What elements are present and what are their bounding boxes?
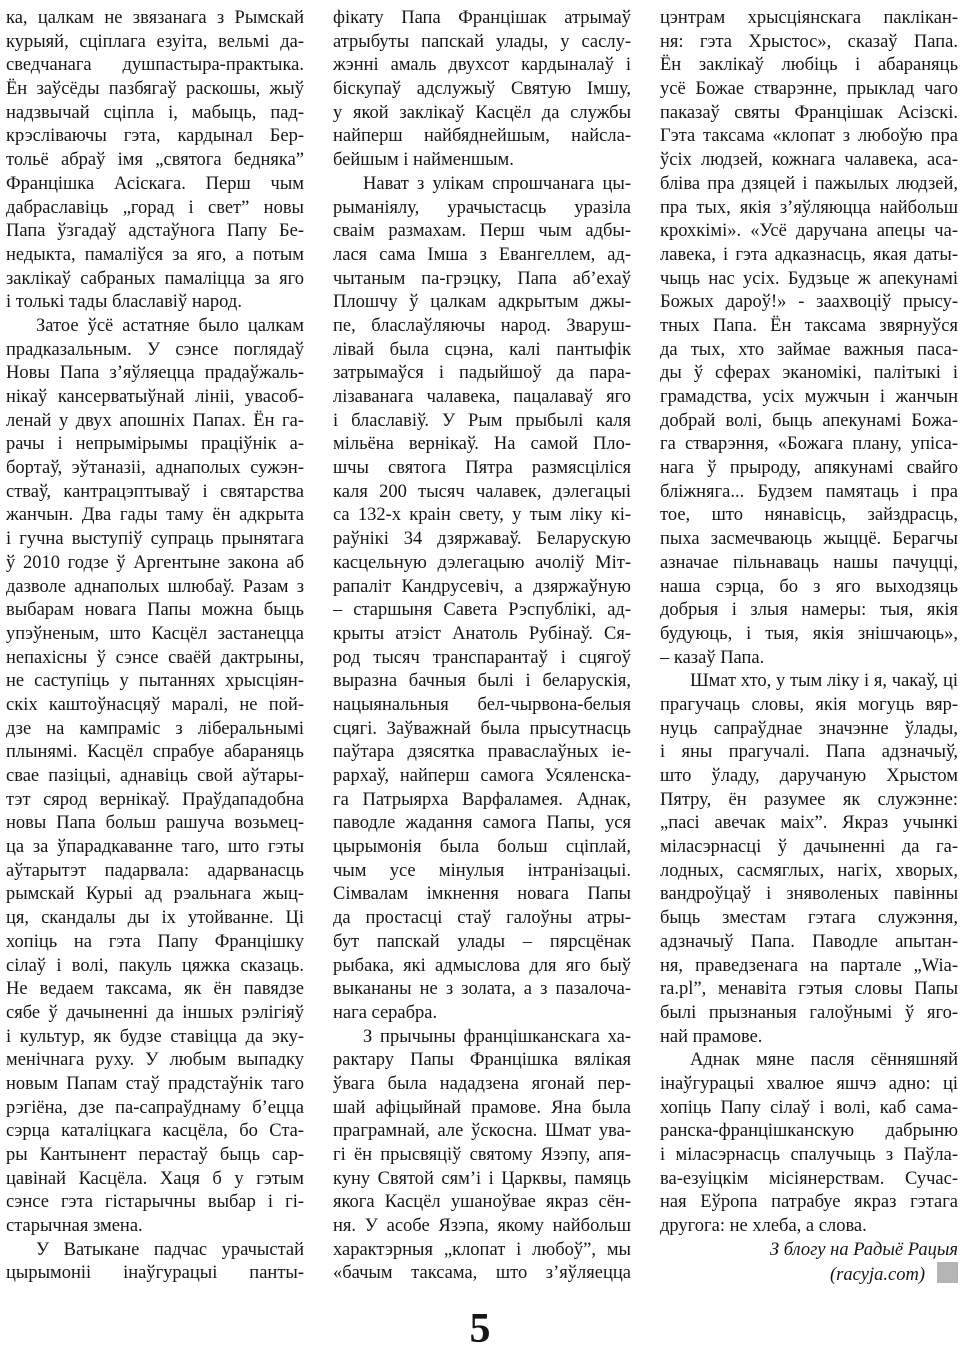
text-line: будуюць, і тыя, якія знішчаюць», xyxy=(660,623,958,647)
text-line: „пасі авечак маіх”. Якраз учынкі xyxy=(660,812,958,836)
text-line: ленай у двух апошніх Папах. Ён га- xyxy=(6,410,304,434)
text-line: З блогу на Радыё Рацыя xyxy=(660,1239,958,1263)
text-line: рархаў, найперш самога Усяленска- xyxy=(333,765,631,789)
text-line: Новы Папа з’яўляецца прадаўжаль- xyxy=(6,362,304,386)
paragraph: З прычыны францішканскага ха-рактару Пап… xyxy=(333,1026,631,1287)
text-line: сваім размахам. Перш чым адбы- xyxy=(333,220,631,244)
text-line: упэўненым, што Касцёл застанецца xyxy=(6,623,304,647)
text-line: цавінай Касцёла. Хаця б у гэтым xyxy=(6,1168,304,1192)
paragraph: Затое ўсё астатняе было цалкампрадказаль… xyxy=(6,315,304,1239)
text-line: наша сэрца, бо з яго выходзяць xyxy=(660,576,958,600)
text-line: жанчын. Два гады таму ён адкрыта xyxy=(6,504,304,528)
text-line: да тых, хто займае важныя паса- xyxy=(660,339,958,363)
text-line: Аднак мяне пасля сённяшняй xyxy=(660,1049,958,1073)
text-line: Не ведаем таксама, як ён павядзе xyxy=(6,978,304,1002)
text-line: выкананы не з золата, а з пазалоча- xyxy=(333,978,631,1002)
text-line: сэрца каталіцкага касцёла, бо Ста- xyxy=(6,1120,304,1144)
text-line: дзе на кампраміс з ліберальнымі xyxy=(6,718,304,742)
text-line: і яны прагучалі. Папа адзначыў, xyxy=(660,741,958,765)
paragraph: Шмат хто, у тым ліку і я, чакаў, ціпрагу… xyxy=(660,670,958,1049)
text-line: лавека, і гэта адказнасць, якая даты- xyxy=(660,244,958,268)
text-line: «бачым таксама, што з’яўляецца xyxy=(333,1262,631,1286)
text-line: нага серабра. xyxy=(333,1002,631,1026)
text-line: ўсіх людзей, кожнага чалавека, аса- xyxy=(660,149,958,173)
text-line: выразна бачныя былі і беларускія, xyxy=(333,670,631,694)
text-line: затрымаўся і падыйшоў да пара- xyxy=(333,362,631,386)
text-line: У Ватыкане падчас урачыстай xyxy=(6,1239,304,1263)
text-line: бліва пра дзяцей і пажылых людзей, xyxy=(660,173,958,197)
paragraph: Нават з улікам спрошчанага цы-рыманіялу,… xyxy=(333,173,631,1026)
text-line: былі прызнаныя галоўнымі ў яго- xyxy=(660,1002,958,1026)
text-line: і міласэрнасць спалучыць з Паўла- xyxy=(660,1144,958,1168)
text-line: старычная змена. xyxy=(6,1215,304,1239)
text-line: недыкта, памаліўся за яго, а потым xyxy=(6,244,304,268)
text-line: ў 2010 годзе ў Аргентыне закона аб xyxy=(6,552,304,576)
text-line: быць зместам гэтага служэння, xyxy=(660,907,958,931)
text-line: нацыянальныя бел-чырвона-белыя xyxy=(333,694,631,718)
text-line: Плошчу ў цалкам адкрытым джы- xyxy=(333,291,631,315)
text-line: паўтара дзясятка праваслаўных іе- xyxy=(333,741,631,765)
text-line: прагучаць словы, якія могуць вяр- xyxy=(660,694,958,718)
text-line: куну Святой сям’і і Царквы, памяць xyxy=(333,1168,631,1192)
text-line: – казаў Папа. xyxy=(660,647,958,671)
text-line: новы Папа больш рашуча возьмец- xyxy=(6,812,304,836)
text-line: азначае пільнаваць нашы пачуцці, xyxy=(660,552,958,576)
text-line: чыць нас усіх. Будзьце ж апекунамі xyxy=(660,268,958,292)
text-line: хопіць на гэта Папу Францішку xyxy=(6,931,304,955)
text-line: ra.pl”, менавіта гэтыя словы Папы xyxy=(660,978,958,1002)
text-line: лодных, сасмяглых, нагіх, хворых, xyxy=(660,860,958,884)
text-line: нага ў прыроду, апякунамі свайго xyxy=(660,457,958,481)
text-line: ка, цалкам не звязанага з Рымскай xyxy=(6,7,304,31)
text-line: грамадства, усіх мужчын і жанчын xyxy=(660,386,958,410)
text-line: ранска-францішканскую дабрыню xyxy=(660,1120,958,1144)
column-3: цэнтрам хрысціянскага паклікан-ня: гэта … xyxy=(660,7,958,1286)
text-line: Францішка Асіскага. Перш чым xyxy=(6,173,304,197)
text-line: непахісны ў сэнсе сваёй дактрыны, xyxy=(6,647,304,671)
text-line: і толькі тады блаславіў народ. xyxy=(6,291,304,315)
article-end-marker-square xyxy=(937,1262,958,1283)
text-line: рымскай Курыі ад рэальнага жыц- xyxy=(6,883,304,907)
magazine-page: ка, цалкам не звязанага з Рымскайкурыяй,… xyxy=(0,0,960,1352)
text-line: Сімвалам імкнення новага Папы xyxy=(333,883,631,907)
text-line: сябе ў дачыненні да іншых рэлігіяў xyxy=(6,1002,304,1026)
text-line: менічнага руху. У любым выпадку xyxy=(6,1049,304,1073)
text-line: і гучна выступіў супраць прынятага xyxy=(6,528,304,552)
text-line: цэнтрам хрысціянскага паклікан- xyxy=(660,7,958,31)
text-line: тое, што нянавісць, зайздрасць, xyxy=(660,504,958,528)
text-line: дазволе аднаполых шлюбаў. Разам з xyxy=(6,576,304,600)
text-line: нуць сапраўднае значэнне ўлады, xyxy=(660,718,958,742)
text-line: ца за ўпарадкаванне таго, што гэты xyxy=(6,836,304,860)
column-1: ка, цалкам не звязанага з Рымскайкурыяй,… xyxy=(6,7,304,1286)
text-line: лівай была сцэна, калі пантыфік xyxy=(333,339,631,363)
paragraph: цэнтрам хрысціянскага паклікан-ня: гэта … xyxy=(660,7,958,670)
text-line: сведчанага душпастыра-практыка. xyxy=(6,54,304,78)
text-line: гі ён прысвяціў святому Язэпу, апя- xyxy=(333,1144,631,1168)
text-line: паводле жадання самога Папы, уся xyxy=(333,812,631,836)
text-line: Божых дароў!» - заахвоціў прысу- xyxy=(660,291,958,315)
text-line: хопіць Папу сілаў і волі, каб сама- xyxy=(660,1097,958,1121)
text-line: біскупаў адслужыў Святую Імшу, xyxy=(333,78,631,102)
text-line: Нават з улікам спрошчанага цы- xyxy=(333,173,631,197)
text-line: ня. У асобе Язэпа, якому найбольш xyxy=(333,1215,631,1239)
text-line: паказаў святы Францішак Асізскі. xyxy=(660,102,958,126)
text-line: і культур, як будзе ставіцца да эку- xyxy=(6,1026,304,1050)
text-line: лася сама Імша з Евангеллем, ад- xyxy=(333,244,631,268)
text-line: лізаванага чалавека, пацалаваў яго xyxy=(333,386,631,410)
text-line: атрыбуты папскай улады, у саслу- xyxy=(333,31,631,55)
text-line: крыты атэіст Анатоль Рубінаў. Ся- xyxy=(333,623,631,647)
text-line: выбарам новага Папы можна быць xyxy=(6,599,304,623)
text-line: адзначыў Папа. Паводле апытан- xyxy=(660,931,958,955)
text-line: добрыя і злыя намеры: тыя, якія xyxy=(660,599,958,623)
paragraph: фікату Папа Францішак атрымаўатрыбуты па… xyxy=(333,7,631,173)
text-line: прадказальным. У сэнсе поглядаў xyxy=(6,339,304,363)
text-line: га Патрыярха Варфаламея. Аднак, xyxy=(333,789,631,813)
text-columns: ка, цалкам не звязанага з Рымскайкурыяй,… xyxy=(6,7,958,1286)
text-line: З прычыны францішканскага ха- xyxy=(333,1026,631,1050)
text-line: сцягі. Заўважнай была прысутнасць xyxy=(333,718,631,742)
text-line: тольё абраў імя „святога бедняка” xyxy=(6,149,304,173)
text-line: рыманіялу, урачыстасць уразіла xyxy=(333,197,631,221)
text-line: усё Божае стварэнне, прыклад чаго xyxy=(660,78,958,102)
text-line: Пятру, ён разумее як служэнне: xyxy=(660,789,958,813)
text-line: ры Кантынент перастаў быць сар- xyxy=(6,1144,304,1168)
text-line: чытаным па-грэцку, Папа аб’ехаў xyxy=(333,268,631,292)
text-line: новым Папам стаў прадстаўнік таго xyxy=(6,1073,304,1097)
text-line: не саступіць у пытаннях хрысціян- xyxy=(6,670,304,694)
text-line: крэсліваючы гэта, кардынал Бер- xyxy=(6,125,304,149)
text-line: (racyja.com) xyxy=(660,1262,958,1286)
text-line: Шмат хто, у тым ліку і я, чакаў, ці xyxy=(660,670,958,694)
text-line: цырымоніі інаўгурацыі панты- xyxy=(6,1262,304,1286)
text-line: крохкімі». «Усё даручана апецы ча- xyxy=(660,220,958,244)
text-line: ды ў сферах эканомікі, палітыкі і xyxy=(660,362,958,386)
text-line: Гэта таксама «клопат з любоўю пра xyxy=(660,125,958,149)
page-number: 5 xyxy=(0,1308,960,1350)
text-line: і блаславіў. У Рым прыбылі каля xyxy=(333,410,631,434)
text-line: ня: гэта Хрыстос», сказаў Папа. xyxy=(660,31,958,55)
text-line: ўвага была нададзена ягонай пер- xyxy=(333,1073,631,1097)
text-line: другога: не хлеба, а слова. xyxy=(660,1215,958,1239)
text-line: дабраславіць „горад і свет” новы xyxy=(6,197,304,221)
text-line: цырымонія была больш сціплай, xyxy=(333,836,631,860)
text-line: характэрныя „клопат і любоў”, мы xyxy=(333,1239,631,1263)
text-line: бліжняга... Будзем памятаць і пра xyxy=(660,481,958,505)
text-line: – старшыня Савета Рэспублікі, ад- xyxy=(333,599,631,623)
text-line: пра тых, якія з’яўляюцца найбольш xyxy=(660,197,958,221)
text-line: стваў, кантрацэптываў і святарства xyxy=(6,481,304,505)
text-line: добрай волі, быць апекунамі Божа- xyxy=(660,410,958,434)
text-line: плынямі. Касцёл спрабуе абараняць xyxy=(6,741,304,765)
text-line: раўнікі 34 дзяржаваў. Беларускую xyxy=(333,528,631,552)
text-line: сэнсе гэта гістарычны выбар і гі- xyxy=(6,1191,304,1215)
text-line: праграмнай, але ўскосна. Шмат ува- xyxy=(333,1120,631,1144)
text-line: якога Касцёл ушаноўвае якраз сён- xyxy=(333,1191,631,1215)
text-line: бут папскай улады – пярсцёнак xyxy=(333,931,631,955)
text-line: ва-езуіцкім місіянерствам. Сучас- xyxy=(660,1168,958,1192)
text-line: жэнні амаль двухсот кардыналаў і xyxy=(333,54,631,78)
text-line: скіх каштоўнасцяў маралі, не пой- xyxy=(6,694,304,718)
text-line: найперш найбяднейшым, найсла- xyxy=(333,125,631,149)
text-line: тных Папа. Ён таксама звярнуўся xyxy=(660,315,958,339)
text-line: ня, праведзенага на партале „Wia- xyxy=(660,955,958,979)
paragraph: Аднак мяне пасля сённяшняйінаўгурацыі хв… xyxy=(660,1049,958,1239)
text-line: нікаў кансерватыўнай лініі, увасоб- xyxy=(6,386,304,410)
text-line: ця, скандалы ды іх утойванне. Ці xyxy=(6,907,304,931)
text-line: га стварэння, «Божага плану, упіса- xyxy=(660,433,958,457)
text-line: мільёна вернікаў. На самой Пло- xyxy=(333,433,631,457)
text-line: у якой заклікаў Касцёл да службы xyxy=(333,102,631,126)
text-line: свае пазіцыі, аднавіць свой аўтары- xyxy=(6,765,304,789)
text-line: міласэрнасці ў дачыненні да га- xyxy=(660,836,958,860)
text-line: Ён заўсёды пазбягаў раскошы, жыў xyxy=(6,78,304,102)
text-line: рэгіёна, дзе па-сапраўднаму б’ецца xyxy=(6,1097,304,1121)
text-line: курыяй, сціплага езуіта, вельмі да- xyxy=(6,31,304,55)
text-line: тэт сярод вернікаў. Праўдападобна xyxy=(6,789,304,813)
text-line: заклікаў сабраных памаліцца за яго xyxy=(6,268,304,292)
text-line: надзвычай сціпла і, мабыць, пад- xyxy=(6,102,304,126)
text-line: рачы і непрымірымы праціўнік а- xyxy=(6,433,304,457)
text-line: род тысяч транспарантаў і сцягоў xyxy=(333,647,631,671)
paragraph: ка, цалкам не звязанага з Рымскайкурыяй,… xyxy=(6,7,304,315)
text-line: шай афіцыйнай прамове. Яна была xyxy=(333,1097,631,1121)
text-line: касцельную дэлегацыю ачоліў Міт- xyxy=(333,552,631,576)
text-line: вандроўцаў і зняволеных павінны xyxy=(660,883,958,907)
byline: З блогу на Радыё Рацыя(racyja.com) xyxy=(660,1239,958,1286)
text-line: чым усе мінулыя інтранізацыі. xyxy=(333,860,631,884)
text-line: што ўладу, даручаную Хрыстом xyxy=(660,765,958,789)
text-line: пе, бласлаўляючы народ. Зваруш- xyxy=(333,315,631,339)
text-line: ная Еўропа патрабуе якраз гэтага xyxy=(660,1191,958,1215)
text-line: Затое ўсё астатняе было цалкам xyxy=(6,315,304,339)
column-2: фікату Папа Францішак атрымаўатрыбуты па… xyxy=(333,7,631,1286)
text-line: Ён заклікаў любіць і абараняць xyxy=(660,54,958,78)
text-line: рактару Папы Францішка вялікая xyxy=(333,1049,631,1073)
text-line: рапаліт Кандрусевіч, а дзяржаўную xyxy=(333,576,631,600)
text-line: аўтарытэт падарвала: адарванасць xyxy=(6,860,304,884)
text-line: да простасці стаў галоўны атры- xyxy=(333,907,631,931)
text-line: са 132-х краін свету, у тым ліку кі- xyxy=(333,504,631,528)
text-line: Папа ўзгадаў адстаўнога Папу Бе- xyxy=(6,220,304,244)
text-line: фікату Папа Францішак атрымаў xyxy=(333,7,631,31)
text-line: бейшым і найменшым. xyxy=(333,149,631,173)
text-line: бортаў, эўтаназіі, аднаполых сужэн- xyxy=(6,457,304,481)
text-line: каля 200 тысяч чалавек, дэлегацыі xyxy=(333,481,631,505)
paragraph: У Ватыкане падчас урачыстайцырымоніі іна… xyxy=(6,1239,304,1286)
text-line: най прамове. xyxy=(660,1026,958,1050)
text-line: інаўгурацыі хвалюе яшчэ адно: ці xyxy=(660,1073,958,1097)
text-line: рыбака, які адмыслова для яго быў xyxy=(333,955,631,979)
text-line: пыха засмечваюць жыццё. Берагчы xyxy=(660,528,958,552)
text-line: сілаў і волі, пакуль цяжка сказаць. xyxy=(6,955,304,979)
text-line: шчы святога Пятра размясціліся xyxy=(333,457,631,481)
